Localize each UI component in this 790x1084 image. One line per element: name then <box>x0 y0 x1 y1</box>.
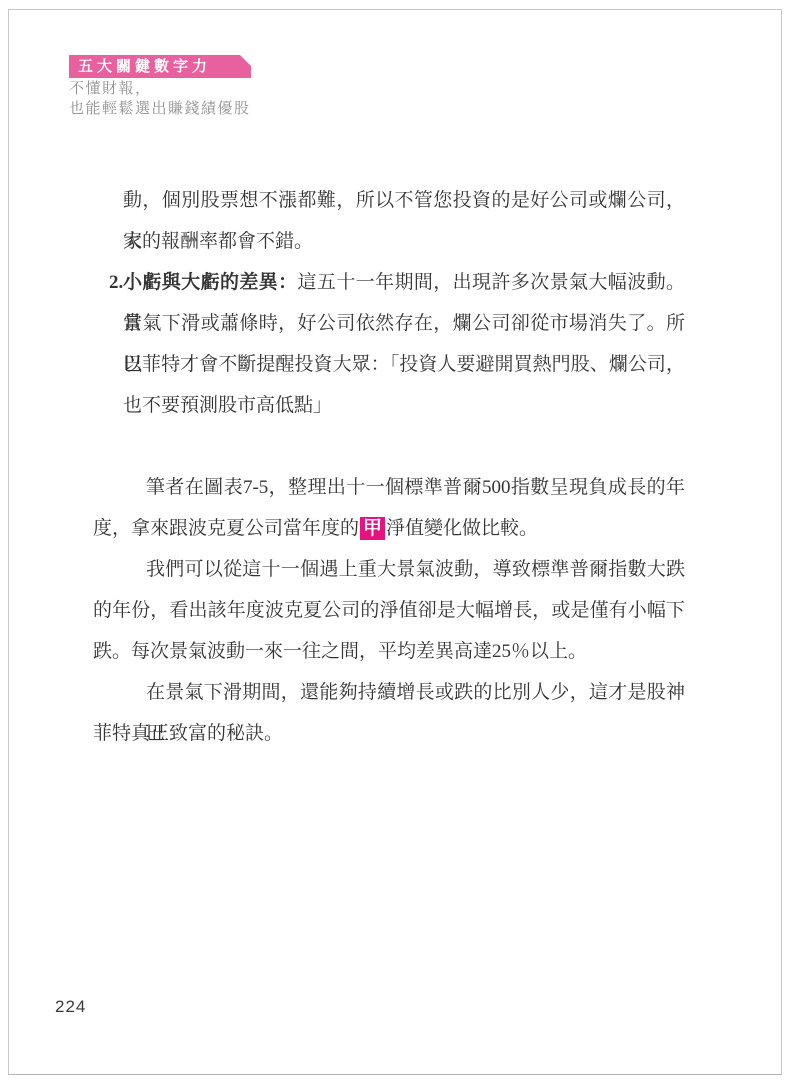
book-page: 五大關鍵數字力 不懂財報，也能輕鬆選出賺錢績優股 動，個別股票想不漲都難，所以不… <box>8 9 782 1075</box>
text-line: 跌。每次景氣波動一來一往之間，平均差異高達25％以上。 <box>93 631 685 672</box>
book-subtitle: 不懂財報，也能輕鬆選出賺錢績優股 <box>69 79 251 119</box>
paragraphs-block: 筆者在圖表7-5，整理出十一個標準普爾500指數呈現負成長的年度，拿來跟波克夏公… <box>93 467 685 754</box>
text-line: 度，拿來跟波克夏公司當年度的甲淨值變化做比較。 <box>93 508 685 549</box>
text-line: 家的報酬率都會不錯。 <box>93 221 685 262</box>
text-line: 菲特真正致富的秘訣。 <box>93 713 685 754</box>
text-line: 動，個別股票想不漲都難，所以不管您投資的是好公司或爛公司，大 <box>93 180 685 221</box>
paragraph: 筆者在圖表7-5，整理出十一個標準普爾500指數呈現負成長的年度，拿來跟波克夏公… <box>93 467 685 549</box>
text-line: 在景氣下滑期間，還能夠持續增長或跌的比別人少，這才是股神巴 <box>93 672 685 713</box>
page-content: 動，個別股票想不漲都難，所以不管您投資的是好公司或爛公司，大家的報酬率都會不錯。… <box>93 180 685 754</box>
text-line: 我們可以從這十一個遇上重大景氣波動，導致標準普爾指數大跌 <box>93 549 685 590</box>
list-item-number: 2. <box>109 262 123 303</box>
subtitle-line: 不懂財報， <box>69 79 251 99</box>
text-line: 也不要預測股市高低點」 <box>93 385 685 426</box>
series-badge: 五大關鍵數字力 <box>69 55 251 78</box>
subtitle-line: 也能輕鬆選出賺錢績優股 <box>69 99 251 119</box>
paragraph: 我們可以從這十一個遇上重大景氣波動，導致標準普爾指數大跌的年份，看出該年度波克夏… <box>93 549 685 672</box>
text-line: 2.小虧與大虧的差異：這五十一年期間，出現許多次景氣大幅波動。當 <box>93 262 685 303</box>
annotation-marker: 甲 <box>360 517 385 540</box>
list-item-title: 小虧與大虧的差異： <box>123 272 298 293</box>
paragraph: 在景氣下滑期間，還能夠持續增長或跌的比別人少，這才是股神巴菲特真正致富的秘訣。 <box>93 672 685 754</box>
text-line: 景氣下滑或蕭條時，好公司依然存在，爛公司卻從市場消失了。所以 <box>93 303 685 344</box>
page-number: 224 <box>55 997 86 1017</box>
text-line: 巴菲特才會不斷提醒投資大眾：「投資人要避開買熱門股、爛公司， <box>93 344 685 385</box>
text-line: 的年份，看出該年度波克夏公司的淨值卻是大幅增長，或是僅有小幅下 <box>93 590 685 631</box>
text-line: 筆者在圖表7-5，整理出十一個標準普爾500指數呈現負成長的年 <box>93 467 685 508</box>
